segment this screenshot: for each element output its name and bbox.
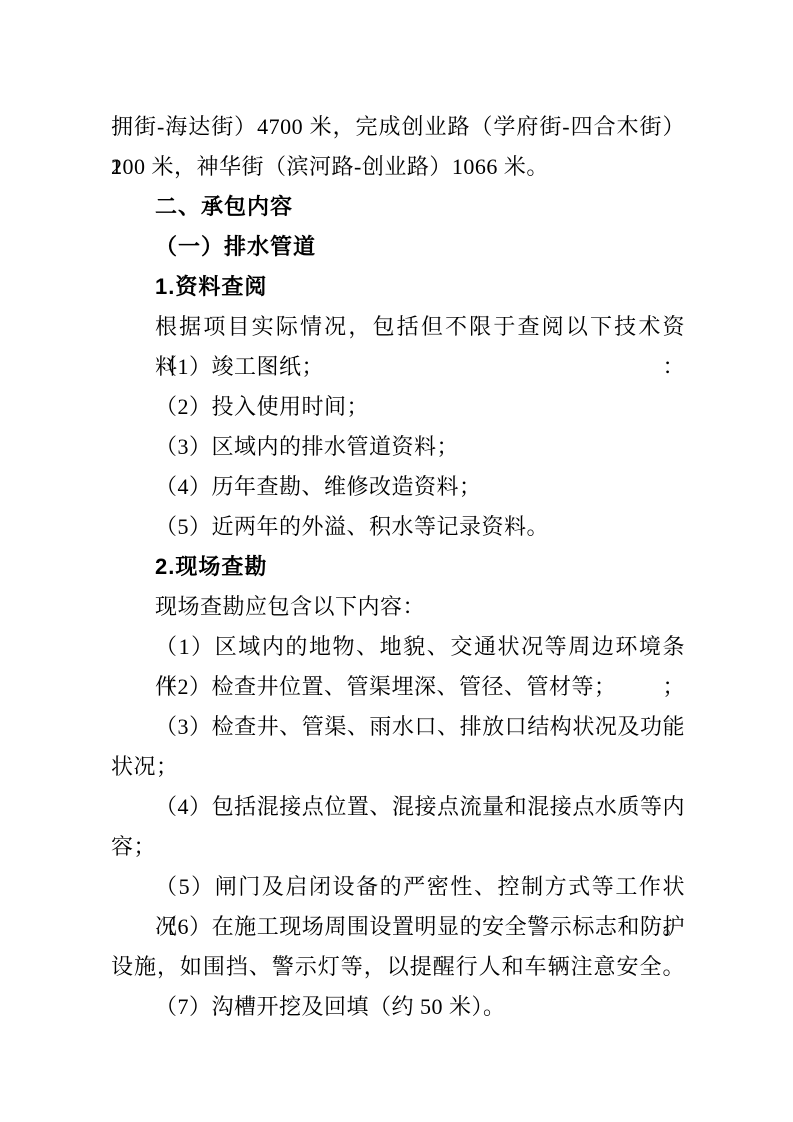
list-item-line: （5）闸门及启闭设备的严密性、控制方式等工作状况。 xyxy=(111,867,685,907)
item-heading: 2.现场查勘 xyxy=(111,547,685,587)
list-item-line: （3）检查井、管渠、雨水口、排放口结构状况及功能 xyxy=(111,707,685,747)
section-heading: 二、承包内容 xyxy=(111,187,685,227)
subsection-heading: （一）排水管道 xyxy=(111,227,685,267)
item-heading: 1.资料查阅 xyxy=(111,267,685,307)
paragraph-line: 现场查勘应包含以下内容： xyxy=(111,587,685,627)
paragraph-line: 状况； xyxy=(111,747,685,787)
list-item-line: （1）区域内的地物、地貌、交通状况等周边环境条件； xyxy=(111,627,685,667)
list-item-line: （5）近两年的外溢、积水等记录资料。 xyxy=(111,507,685,547)
document-text-block: 拥街-海达街）4700 米，完成创业路（学府街-四合木街）2 100 米，神华街… xyxy=(111,107,685,1027)
list-item-line: （2）投入使用时间； xyxy=(111,387,685,427)
paragraph-line: 容； xyxy=(111,827,685,867)
list-item-line: （6）在施工现场周围设置明显的安全警示标志和防护 xyxy=(111,907,685,947)
paragraph-line: 拥街-海达街）4700 米，完成创业路（学府街-四合木街）2 xyxy=(111,107,685,147)
document-page: 拥街-海达街）4700 米，完成创业路（学府街-四合木街）2 100 米，神华街… xyxy=(0,0,793,1122)
list-item-line: （7）沟槽开挖及回填（约 50 米）。 xyxy=(111,987,685,1027)
paragraph-line: 100 米，神华街（滨河路-创业路）1066 米。 xyxy=(111,147,685,187)
paragraph-line: 根据项目实际情况，包括但不限于查阅以下技术资料： xyxy=(111,307,685,347)
list-item-line: （3）区域内的排水管道资料； xyxy=(111,427,685,467)
list-item-line: （2）检查井位置、管渠埋深、管径、管材等； xyxy=(111,667,685,707)
list-item-line: （4）历年查勘、维修改造资料； xyxy=(111,467,685,507)
paragraph-line: 设施，如围挡、警示灯等，以提醒行人和车辆注意安全。 xyxy=(111,947,685,987)
list-item-line: （4）包括混接点位置、混接点流量和混接点水质等内 xyxy=(111,787,685,827)
